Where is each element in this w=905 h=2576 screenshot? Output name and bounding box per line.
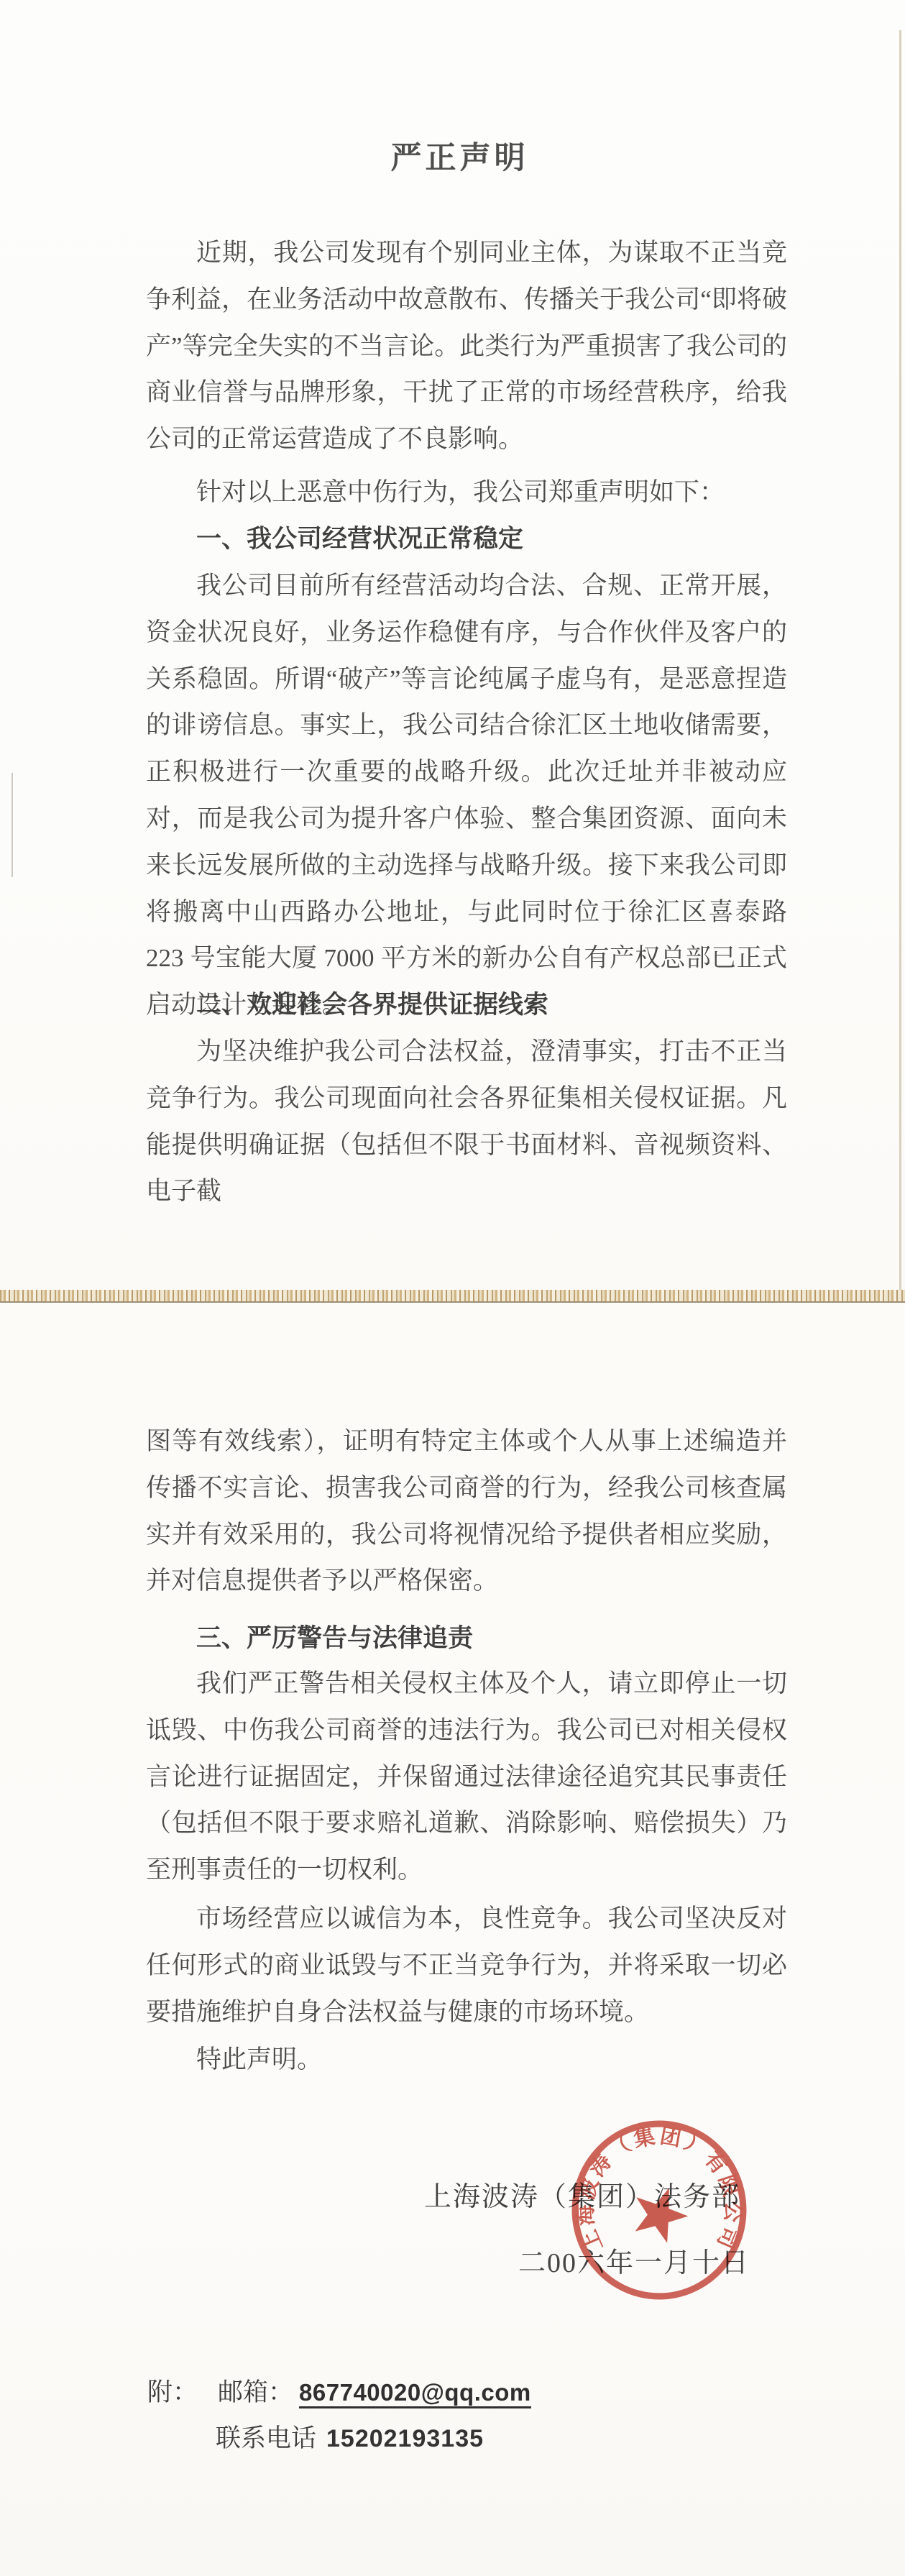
- section1-heading: 一、我公司经营状况正常稳定: [146, 516, 787, 563]
- document-title: 严正声明: [7, 134, 905, 178]
- section2-body-part2: 图等有效线索），证明有特定主体或个人从事上述编造并传播不实言论、损害我公司商誉的…: [146, 1418, 787, 1605]
- email-value: 867740020@qq.com: [299, 2379, 531, 2408]
- email-label: 邮箱：: [218, 2378, 293, 2406]
- section3-body: 我们严正警告相关侵权主体及个人，请立即停止一切诋毁、中伤我公司商誉的违法行为。我…: [146, 1661, 787, 1894]
- seal-arc-text: 上海波涛（集团）有限公司: [574, 2123, 745, 2255]
- company-seal: 上海波涛（集团）有限公司: [569, 2118, 750, 2302]
- page-separator-scan-edge: [0, 1290, 905, 1303]
- paragraph-intro: 近期，我公司发现有个别同业主体，为谋取不正当竞争利益，在业务活动中故意散布、传播…: [146, 230, 787, 463]
- closing-paragraph: 市场经营应以诚信为本，良性竞争。我公司坚决反对任何形式的商业诋毁与不正当竞争行为…: [146, 1896, 787, 2035]
- footer-contact-line-phone: 联系电话15202193135: [216, 2419, 484, 2454]
- section3-heading: 三、严厉警告与法律追责: [146, 1615, 787, 1662]
- paragraph-declare-lead: 针对以上恶意中伤行为，我公司郑重声明如下：: [146, 469, 787, 516]
- phone-value: 15202193135: [326, 2425, 484, 2452]
- seal-star-icon: [625, 2178, 695, 2247]
- scan-edge-line-left: [12, 773, 13, 877]
- section2-heading: 二、欢迎社会各界提供证据线索: [146, 982, 787, 1029]
- scan-edge-line-right: [899, 30, 901, 1290]
- final-note: 特此声明。: [146, 2037, 787, 2084]
- phone-label: 联系电话: [216, 2424, 316, 2452]
- section2-body-part1: 为坚决维护我公司合法权益，澄清事实，打击不正当竞争行为。我公司现面向社会各界征集…: [146, 1029, 787, 1215]
- company-seal-graphic: 上海波涛（集团）有限公司: [569, 2118, 750, 2302]
- scanned-document: 严正声明 近期，我公司发现有个别同业主体，为谋取不正当竞争利益，在业务活动中故意…: [0, 0, 905, 2576]
- section1-body: 我公司目前所有经营活动均合法、合规、正常开展，资金状况良好，业务运作稳健有序，与…: [146, 563, 787, 1029]
- attachment-label: 附：: [147, 2378, 198, 2406]
- footer-contact-line-email: 附：邮箱：867740020@qq.com: [147, 2373, 531, 2408]
